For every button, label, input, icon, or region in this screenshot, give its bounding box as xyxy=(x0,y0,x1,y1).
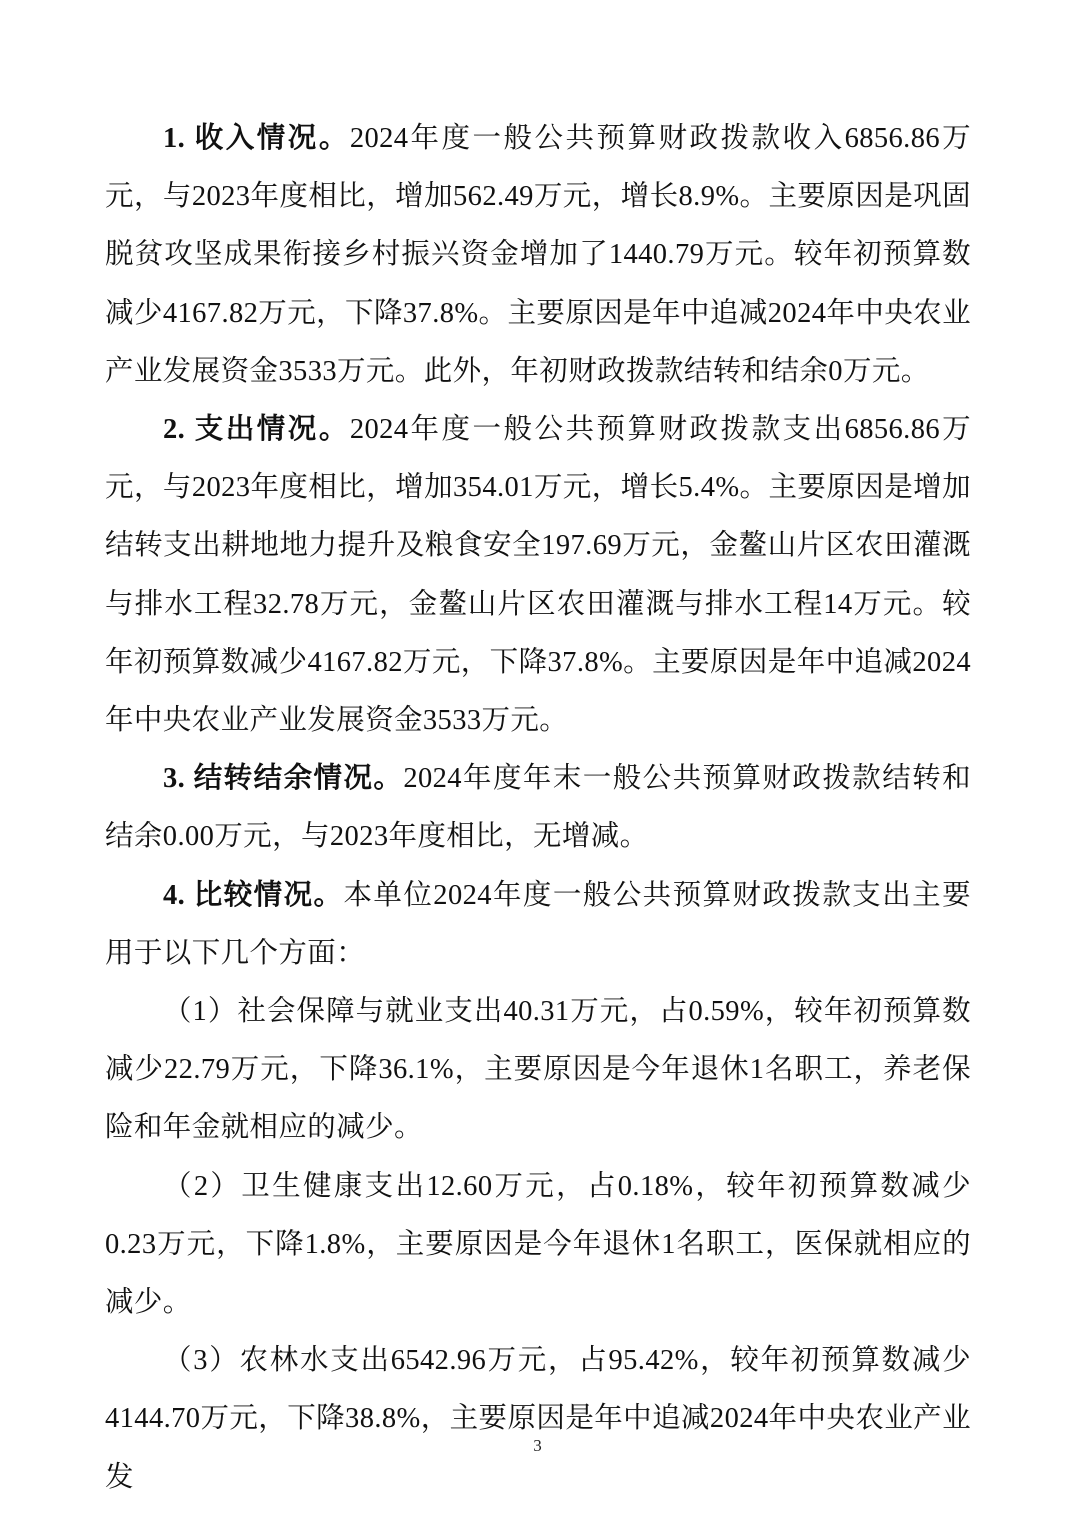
section-carryover: 3. 结转结余情况。2024年度年末一般公共预算财政拨款结转和结余0.00万元，… xyxy=(105,750,971,866)
section-heading: 1. 收入情况。 xyxy=(163,123,350,154)
section-comparison: 4. 比较情况。本单位2024年度一般公共预算财政拨款支出主要用于以下几个方面： xyxy=(105,867,971,983)
section-body: 2024年度一般公共预算财政拨款支出6856.86万元，与2023年度相比，增加… xyxy=(105,414,971,736)
section-expenditure: 2. 支出情况。2024年度一般公共预算财政拨款支出6856.86万元，与202… xyxy=(105,401,971,750)
section-heading: 4. 比较情况。 xyxy=(163,880,343,911)
section-body: 2024年度一般公共预算财政拨款收入6856.86万元，与2023年度相比，增加… xyxy=(105,123,971,387)
document-page: 1. 收入情况。2024年度一般公共预算财政拨款收入6856.86万元，与202… xyxy=(105,110,971,1507)
page-number: 3 xyxy=(0,1436,1075,1456)
section-heading: 2. 支出情况。 xyxy=(163,414,350,445)
section-income: 1. 收入情况。2024年度一般公共预算财政拨款收入6856.86万元，与202… xyxy=(105,110,971,401)
item-social-security: （1）社会保障与就业支出40.31万元，占0.59%，较年初预算数减少22.79… xyxy=(105,983,971,1158)
item-health: （2）卫生健康支出12.60万元，占0.18%，较年初预算数减少0.23万元，下… xyxy=(105,1158,971,1333)
item-agriculture: （3）农林水支出6542.96万元，占95.42%，较年初预算数减少4144.7… xyxy=(105,1332,971,1507)
section-heading: 3. 结转结余情况。 xyxy=(163,763,403,794)
